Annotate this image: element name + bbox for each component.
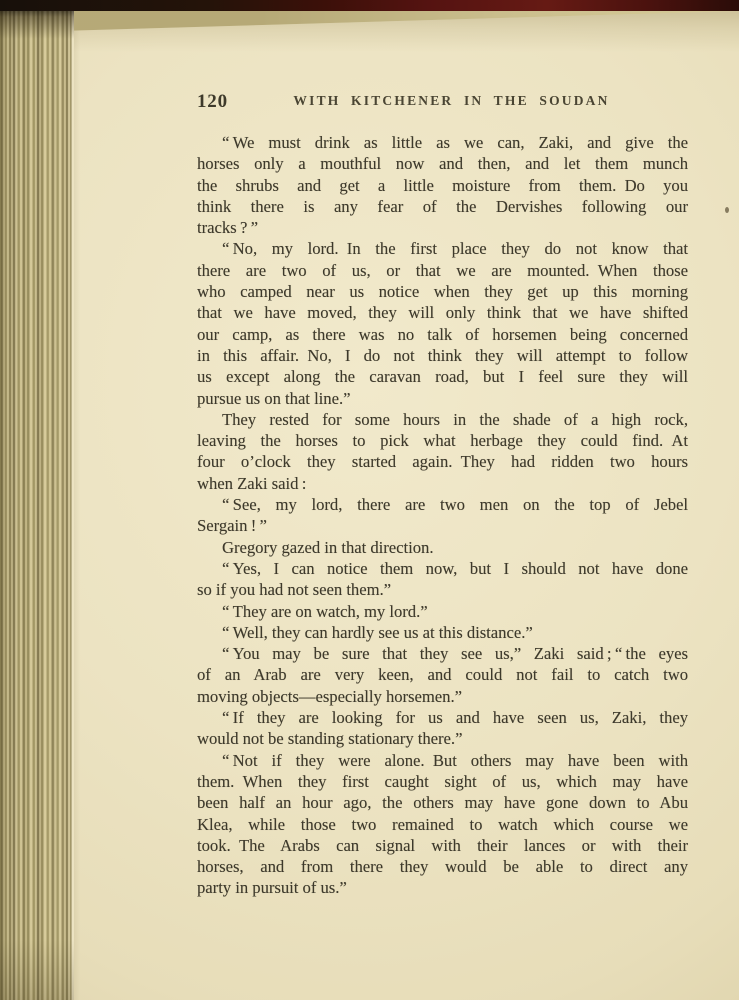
text-line: “ See, my lord, there are two men on the… (197, 494, 688, 515)
text-line: “ If they are looking for us and have se… (197, 707, 688, 728)
text-line: our camp, as there was no talk of horsem… (197, 324, 688, 345)
text-line: “ Well, they can hardly see us at this d… (197, 622, 688, 643)
text-line: Sergain ! ” (197, 515, 688, 536)
text-line: “ They are on watch, my lord.” (197, 601, 688, 622)
text-line: “ Not if they were alone. But others may… (197, 750, 688, 771)
text-line: “ Yes, I can notice them now, but I shou… (197, 558, 688, 579)
text-line: been half an hour ago, the others may ha… (197, 792, 688, 813)
text-line: party in pursuit of us.” (197, 877, 688, 898)
text-line: four o’clock they started again. They ha… (197, 451, 688, 472)
text-line: took. The Arabs can signal with their la… (197, 835, 688, 856)
text-line: so if you had not seen them.” (197, 579, 688, 600)
text-line: that we have moved, they will only think… (197, 302, 688, 323)
paragraph: They rested for some hours in the shade … (197, 409, 688, 494)
text-line: Klea, while those two remained to watch … (197, 814, 688, 835)
text-line: us except along the caravan road, but I … (197, 366, 688, 387)
page-header: 120 WITH KITCHENER IN THE SOUDAN (197, 93, 688, 114)
paragraph: “ Yes, I can notice them now, but I shou… (197, 558, 688, 601)
book-scan: 120 WITH KITCHENER IN THE SOUDAN “ We mu… (0, 0, 739, 1000)
running-title: WITH KITCHENER IN THE SOUDAN (197, 93, 688, 109)
text-line: “ We must drink as little as we can, Zak… (197, 132, 688, 153)
text-line: tracks ? ” (197, 217, 688, 238)
book-cover-edge (0, 0, 739, 11)
text-line: the shrubs and get a little moisture fro… (197, 175, 688, 196)
text-line: “ You may be sure that they see us,” Zak… (197, 643, 688, 664)
page-number: 120 (197, 91, 228, 113)
book-page: 120 WITH KITCHENER IN THE SOUDAN “ We mu… (60, 0, 739, 1000)
paragraph: “ They are on watch, my lord.” (197, 601, 688, 622)
text-line: there are two of us, or that we are moun… (197, 260, 688, 281)
paragraph: “ We must drink as little as we can, Zak… (197, 132, 688, 238)
paragraph: “ If they are looking for us and have se… (197, 707, 688, 750)
text-line: would not be standing stationary there.” (197, 728, 688, 749)
text-line: “ No, my lord. In the first place they d… (197, 238, 688, 259)
text-line: think there is any fear of the Dervishes… (197, 196, 688, 217)
text-column: 120 WITH KITCHENER IN THE SOUDAN “ We mu… (197, 93, 688, 899)
page-text: “ We must drink as little as we can, Zak… (197, 132, 688, 899)
page-blemish (725, 207, 729, 213)
text-line: leaving the horses to pick what herbage … (197, 430, 688, 451)
text-line: in this affair. No, I do not think they … (197, 345, 688, 366)
page-edges-left (0, 5, 74, 1000)
paragraph: Gregory gazed in that direction. (197, 537, 688, 558)
text-line: moving objects—especially horsemen.” (197, 686, 688, 707)
text-line: them. When they first caught sight of us… (197, 771, 688, 792)
paragraph: “ Well, they can hardly see us at this d… (197, 622, 688, 643)
text-line: of an Arab are very keen, and could not … (197, 664, 688, 685)
text-line: Gregory gazed in that direction. (197, 537, 688, 558)
text-line: pursue us on that line.” (197, 388, 688, 409)
text-line: horses, and from there they would be abl… (197, 856, 688, 877)
text-line: They rested for some hours in the shade … (197, 409, 688, 430)
text-line: when Zaki said : (197, 473, 688, 494)
paragraph: “ Not if they were alone. But others may… (197, 750, 688, 899)
paragraph: “ No, my lord. In the first place they d… (197, 238, 688, 408)
paragraph: “ See, my lord, there are two men on the… (197, 494, 688, 537)
paragraph: “ You may be sure that they see us,” Zak… (197, 643, 688, 707)
text-line: who camped near us notice when they get … (197, 281, 688, 302)
text-line: horses only a mouthful now and then, and… (197, 153, 688, 174)
